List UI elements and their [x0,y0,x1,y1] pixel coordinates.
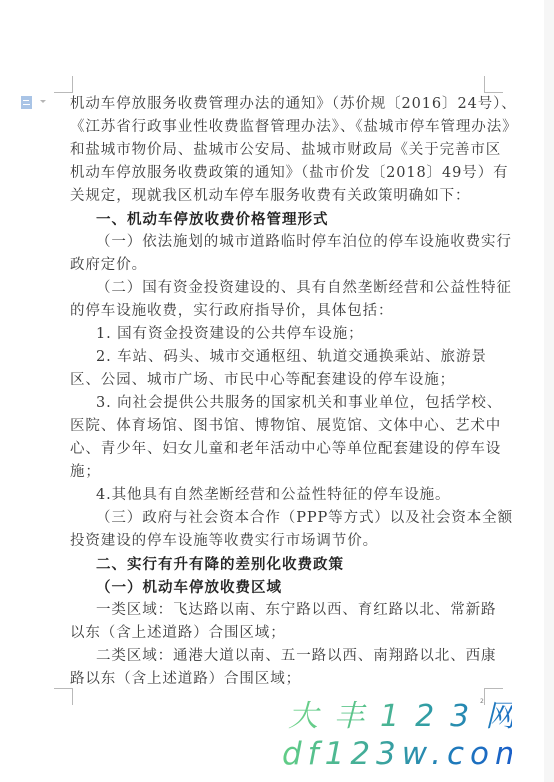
text-line: 心、青少年、妇女儿童和老年活动中心等单位配套建设的停车设 [70,438,486,461]
page-right-gutter [544,0,554,782]
text-line: 区、公园、城市广场、市民中心等配套建设的停车设施； [70,369,486,392]
text-line: 机动车停放服务收费政策的通知》（盐市价发〔2018〕49号）有 [70,162,486,185]
list-item: 2. 车站、码头、城市交通枢纽、轨道交通换乘站、旅游景 [70,346,486,369]
text-line: 的停车设施收费，实行政府指导价，具体包括： [70,300,486,323]
watermark-url: df123w.com [282,734,512,774]
caret-down-icon[interactable] [40,100,46,103]
text-line: 医院、体育场馆、图书馆、博物馆、展览馆、文体中心、艺术中 [70,415,486,438]
paragraph-layout-button[interactable] [21,95,33,109]
text-line: （二）国有资金投资建设的、具有自然垄断经营和公益性特征 [70,277,486,300]
watermark-title: 大丰123网 [282,700,512,734]
text-line: 政府定价。 [70,254,486,277]
text-line: 关规定，现就我区机动车停车服务收费有关政策明确如下： [70,185,486,208]
text-line: 投资建设的停车设施等收费实行市场调节价。 [70,530,486,553]
text-line: 机动车停放服务收费管理办法的通知》（苏价规〔2016〕24号）、 [70,93,486,116]
list-item: 3. 向社会提供公共服务的国家机关和事业单位，包括学校、 [70,392,486,415]
list-item: 1. 国有资金投资建设的公共停车设施； [70,323,486,346]
text-line: 《江苏省行政事业性收费监督管理办法》、《盐城市停车管理办法》 [70,116,486,139]
text-line: 和盐城市物价局、盐城市公安局、盐城市财政局《关于完善市区 [70,139,486,162]
list-item: 4.其他具有自然垄断经营和公益性特征的停车设施。 [70,484,486,507]
watermark-logo: 大丰123网 df123w.com [282,700,512,774]
text-line: 一类区域：飞达路以南、东宁路以西、育红路以北、常新路 [70,599,486,622]
text-line: （三）政府与社会资本合作（PPP等方式）以及社会资本全额 [70,507,486,530]
text-line: 施； [70,461,486,484]
text-line: 二类区域：通港大道以南、五一路以西、南翔路以北、西康 [70,645,486,668]
margin-corner-top-right [484,76,503,93]
text-line: 路以东（含上述道路）合围区域； [70,668,486,691]
subsection-heading: （一）机动车停放收费区域 [70,576,486,599]
text-line: （一）依法施划的城市道路临时停车泊位的停车设施收费实行 [70,231,486,254]
margin-corner-top-left [54,76,73,93]
text-line: 以东（含上述道路）合围区域； [70,622,486,645]
document-paragraph-icon [21,96,32,109]
section-heading: 二、实行有升有降的差别化收费政策 [70,553,486,576]
section-heading: 一、机动车停放收费价格管理形式 [70,208,486,231]
document-body: 机动车停放服务收费管理办法的通知》（苏价规〔2016〕24号）、 《江苏省行政事… [70,93,486,691]
